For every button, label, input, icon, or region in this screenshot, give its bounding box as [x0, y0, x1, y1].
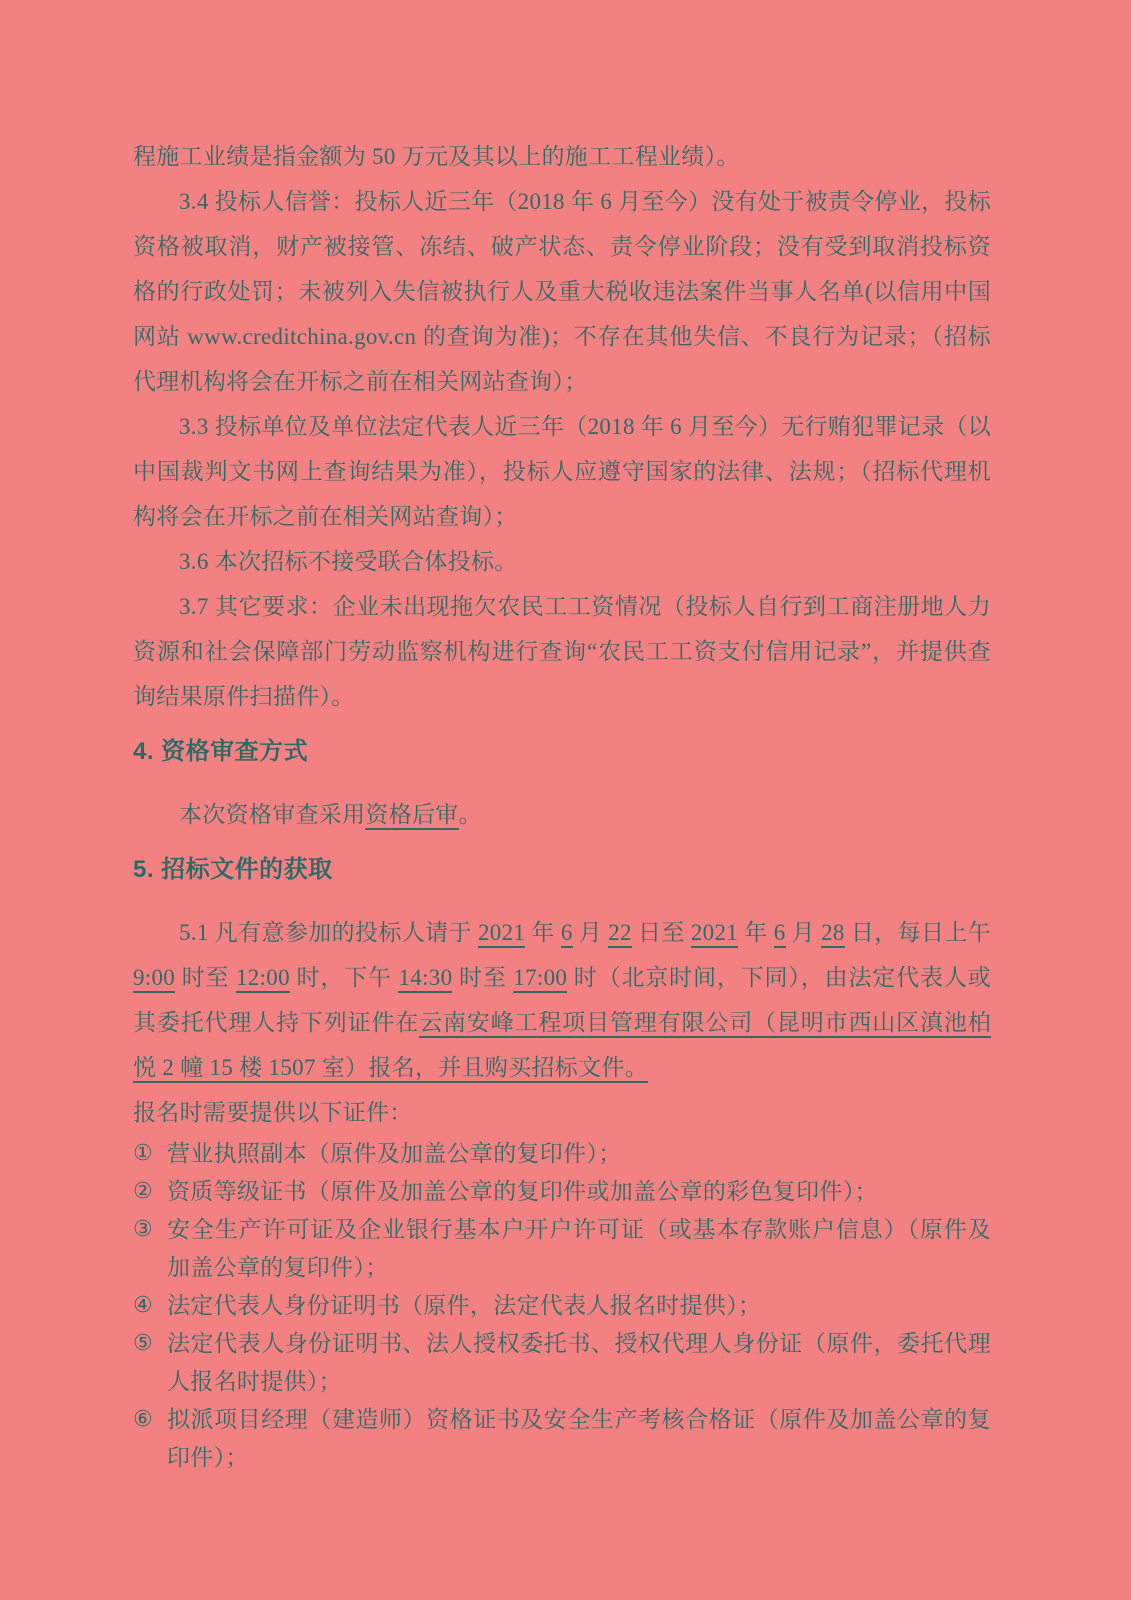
- underlined-text: 14:30: [398, 965, 452, 993]
- underlined-text: 2021: [478, 920, 525, 948]
- list-item-1-business-license: ①营业执照副本（原件及加盖公章的复印件）；: [133, 1135, 991, 1173]
- text-segment: 本次资格审查采用: [179, 802, 365, 827]
- para-performance-definition-continuation: 程施工业绩是指金额为 50 万元及其以上的施工工程业绩）。: [133, 134, 991, 179]
- text-segment: 法定代表人身份证明书、法人授权委托书、授权代理人身份证（原件，委托代理人报名时提…: [167, 1331, 991, 1394]
- text-segment: 。: [459, 802, 482, 827]
- text-segment: 5.1 凡有意参加的投标人请于: [179, 920, 478, 945]
- text-segment: 报名时需要提供以下证件：: [133, 1100, 413, 1125]
- list-item-2-qualification-grade-certificate: ②资质等级证书（原件及加盖公章的复印件或加盖公章的彩色复印件）；: [133, 1173, 991, 1211]
- para-3-4-bidder-reputation: 3.4 投标人信誉：投标人近三年（2018 年 6 月至今）没有处于被责令停业，…: [133, 179, 991, 404]
- text-segment: 月: [786, 920, 822, 945]
- text-segment: 安全生产许可证及企业银行基本户开户许可证（或基本存款账户信息）（原件及加盖公章的…: [167, 1217, 991, 1280]
- text-segment: 程施工业绩是指金额为 50 万元及其以上的施工工程业绩）。: [133, 144, 740, 169]
- text-segment: 3.7 其它要求：企业未出现拖欠农民工工资情况（投标人自行到工商注册地人力资源和…: [133, 594, 991, 709]
- list-item-marker: ②: [133, 1173, 153, 1211]
- text-segment: 年: [738, 920, 774, 945]
- text-segment: 年: [525, 920, 561, 945]
- underlined-text: 2021: [691, 920, 738, 948]
- heading-5-obtaining-tender-documents: 5. 招标文件的获取: [133, 847, 991, 892]
- text-segment: 月: [573, 920, 609, 945]
- text-segment: 时，下午: [290, 965, 399, 990]
- text-segment: 资质等级证书（原件及加盖公章的复印件或加盖公章的彩色复印件）；: [167, 1179, 878, 1204]
- underlined-text: 28: [821, 920, 845, 948]
- underlined-text: 6: [774, 920, 786, 948]
- document-content: 程施工业绩是指金额为 50 万元及其以上的施工工程业绩）。3.4 投标人信誉：投…: [133, 134, 991, 1477]
- underlined-text: 6: [561, 920, 573, 948]
- para-3-7-other-requirements: 3.7 其它要求：企业未出现拖欠农民工工资情况（投标人自行到工商注册地人力资源和…: [133, 584, 991, 719]
- list-item-marker: ⑤: [133, 1325, 153, 1363]
- text-segment: 时至: [175, 965, 236, 990]
- text-segment: 营业执照副本（原件及加盖公章的复印件）；: [167, 1141, 622, 1166]
- underlined-text: 12:00: [236, 965, 290, 993]
- para-4-qualification-post-review: 本次资格审查采用资格后审。: [133, 792, 991, 837]
- text-segment: 3.3 投标单位及单位法定代表人近三年（2018 年 6 月至今）无行贿犯罪记录…: [133, 414, 991, 529]
- para-5-1-registration-time-place: 5.1 凡有意参加的投标人请于 2021 年 6 月 22 日至 2021 年 …: [133, 910, 991, 1090]
- text-segment: 日，每日上午: [845, 920, 991, 945]
- list-item-4-legal-representative-id: ④法定代表人身份证明书（原件，法定代表人报名时提供）；: [133, 1287, 991, 1325]
- underlined-text: 资格后审: [365, 802, 458, 830]
- text-segment: 3.6 本次招标不接受联合体投标。: [179, 549, 518, 574]
- text-segment: 3.4 投标人信誉：投标人近三年（2018 年 6 月至今）没有处于被责令停业，…: [133, 189, 991, 394]
- underlined-text: 22: [608, 920, 632, 948]
- underlined-text: 9:00: [133, 965, 175, 993]
- text-segment: 时至: [452, 965, 513, 990]
- list-item-6-project-manager-certificates: ⑥拟派项目经理（建造师）资格证书及安全生产考核合格证（原件及加盖公章的复印件）；: [133, 1401, 991, 1477]
- tender-document-page: 程施工业绩是指金额为 50 万元及其以上的施工工程业绩）。3.4 投标人信誉：投…: [0, 0, 1131, 1600]
- underlined-text: 17:00: [513, 965, 567, 993]
- list-item-marker: ④: [133, 1287, 153, 1325]
- list-item-5-authorization-documents: ⑤法定代表人身份证明书、法人授权委托书、授权代理人身份证（原件，委托代理人报名时…: [133, 1325, 991, 1401]
- heading-4-qualification-review-method: 4. 资格审查方式: [133, 729, 991, 774]
- text-segment: 拟派项目经理（建造师）资格证书及安全生产考核合格证（原件及加盖公章的复印件）；: [167, 1407, 991, 1470]
- para-registration-documents-intro: 报名时需要提供以下证件：: [133, 1090, 991, 1135]
- list-item-3-safety-production-license: ③安全生产许可证及企业银行基本户开户许可证（或基本存款账户信息）（原件及加盖公章…: [133, 1211, 991, 1287]
- list-item-marker: ⑥: [133, 1401, 153, 1439]
- list-item-marker: ③: [133, 1211, 153, 1249]
- para-3-3-no-bribery-record: 3.3 投标单位及单位法定代表人近三年（2018 年 6 月至今）无行贿犯罪记录…: [133, 404, 991, 539]
- list-item-marker: ①: [133, 1135, 153, 1173]
- para-3-6-no-consortium-bids: 3.6 本次招标不接受联合体投标。: [133, 539, 991, 584]
- text-segment: 法定代表人身份证明书（原件，法定代表人报名时提供）；: [167, 1293, 761, 1318]
- text-segment: 日至: [632, 920, 691, 945]
